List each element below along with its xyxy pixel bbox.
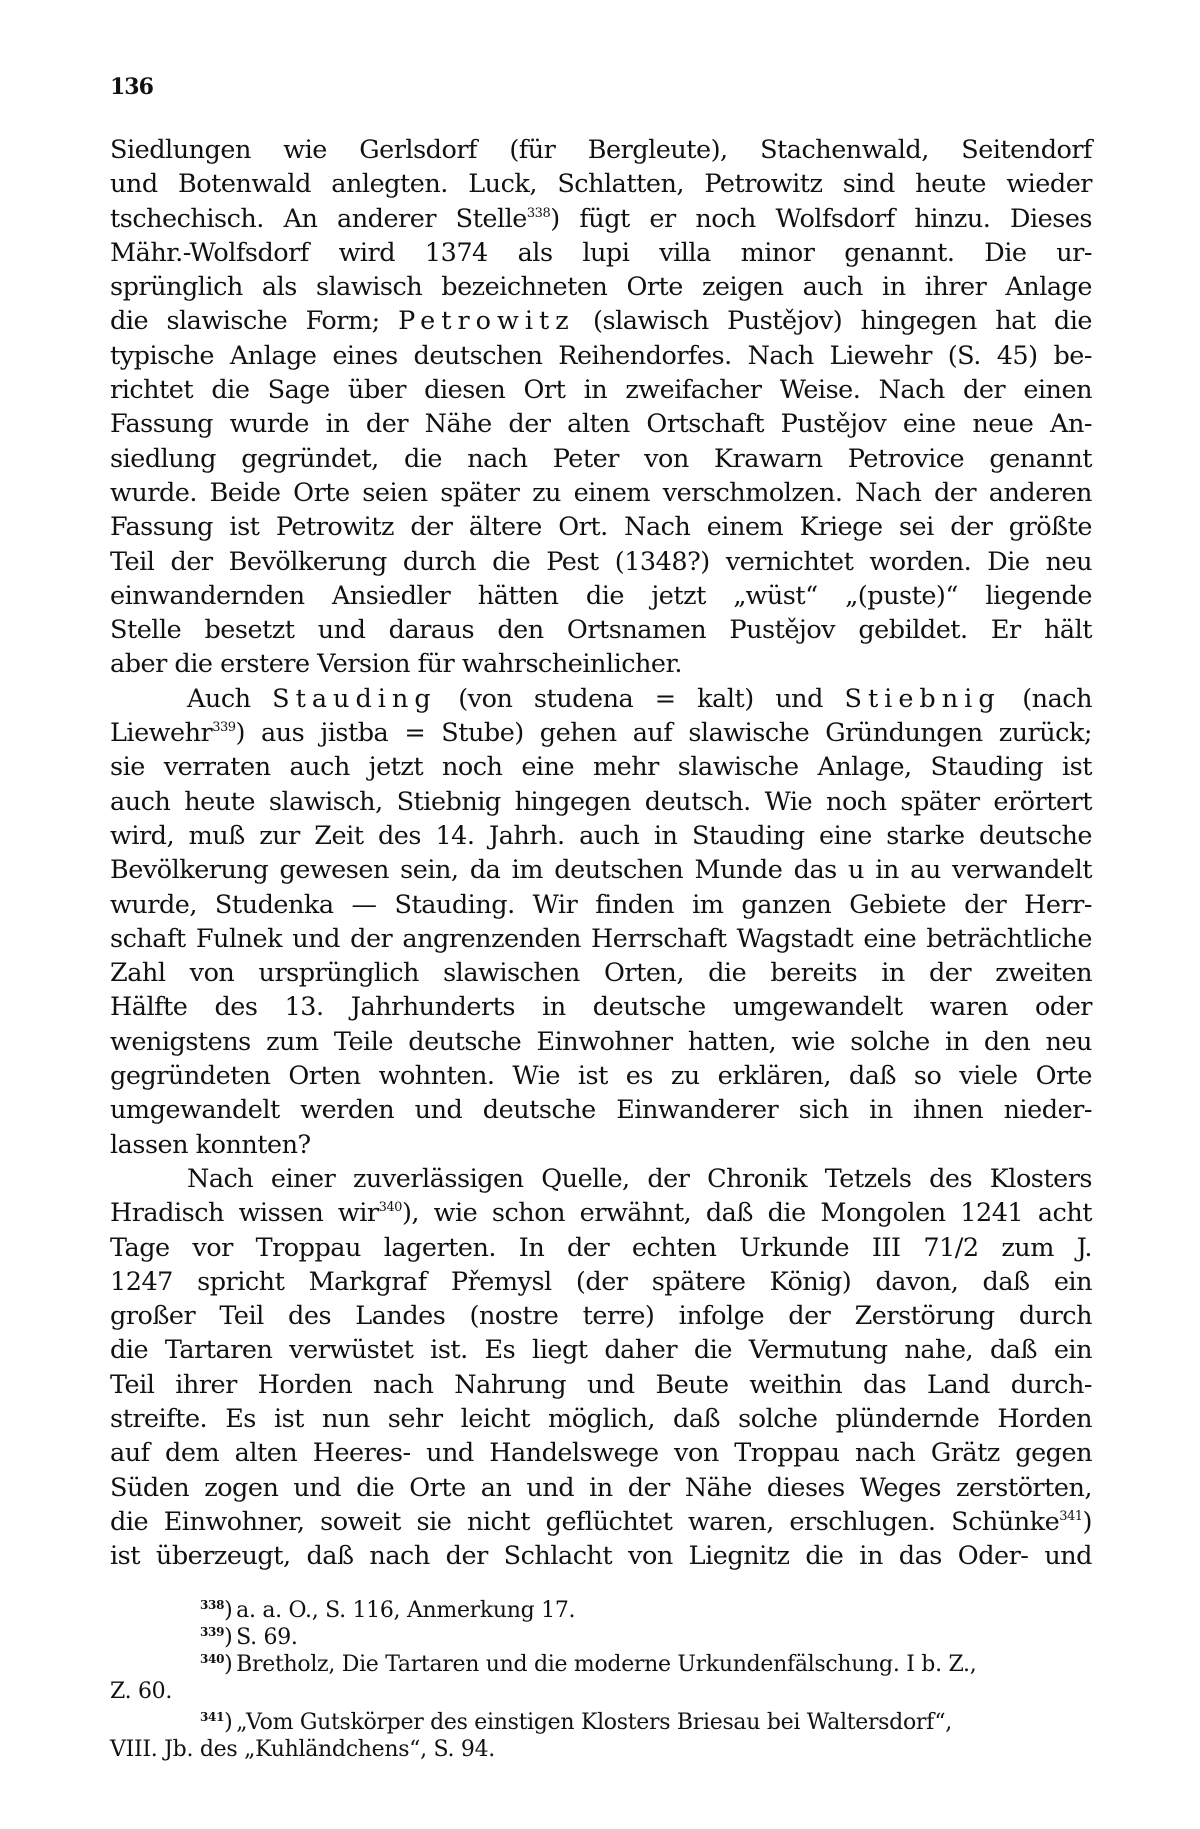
- text-run: Teil ihrer Horden nach Nahrung und Beute…: [110, 1370, 1092, 1400]
- footnote-continuation: VIII. Jb. des „Kuhländchens“, S. 94.: [110, 1737, 495, 1762]
- footnote-paren: ): [224, 1709, 236, 1736]
- text-run: Zahl von ursprünglich slawischen Orten, …: [110, 958, 1092, 988]
- footnote-continuation: Z. 60.: [110, 1679, 172, 1704]
- text-run: sprünglich als slawisch bezeichneten Ort…: [110, 272, 1092, 302]
- text-run: wird, muß zur Zeit des 14. Jahrh. auch i…: [110, 821, 1092, 851]
- footnote: VIII. Jb. des „Kuhländchens“, S. 94.: [110, 1736, 1092, 1763]
- spaced-emphasis: Petrowitz: [398, 306, 575, 336]
- text-line: wurde. Beide Orte seien später zu einem …: [110, 476, 1092, 510]
- text-line: Stelle besetzt und daraus den Ortsnamen …: [110, 613, 1092, 647]
- text-line: Teil der Bevölkerung durch die Pest (134…: [110, 545, 1092, 579]
- text-line: Süden zogen und die Orte an und in der N…: [110, 1471, 1092, 1505]
- text-run: (nach: [1001, 684, 1092, 714]
- text-run: sie verraten auch jetzt noch eine mehr s…: [110, 752, 1092, 782]
- text-run: Hälfte des 13. Jahrhunderts in deutsche …: [110, 992, 1092, 1022]
- text-line: tschechisch. An anderer Stelle338) fügt …: [110, 202, 1092, 236]
- text-run: einwandernden Ansiedler hätten die jetzt…: [110, 581, 1092, 611]
- text-run: 1247 spricht Markgraf Přemysl (der späte…: [110, 1267, 1092, 1297]
- text-run: gegründeten Orten wohnten. Wie ist es zu…: [110, 1061, 1092, 1091]
- footnote-ref: 341: [1059, 1509, 1082, 1524]
- text-run: wurde, Studenka — Stauding. Wir finden i…: [110, 890, 1092, 920]
- text-run: (von studena = kalt) und: [437, 684, 845, 714]
- footnote-paren: ): [224, 1651, 236, 1678]
- footnote-number: 341: [200, 1710, 224, 1724]
- text-line: sie verraten auch jetzt noch eine mehr s…: [110, 750, 1092, 784]
- text-line: Liewehr339) aus jistba = Stube) gehen au…: [110, 716, 1092, 750]
- text-run: (slawisch Pustějov) hingegen hat die: [575, 306, 1092, 336]
- text-run: die slawische Form;: [110, 306, 398, 336]
- text-run: Nach einer zuverlässigen Quelle, der Chr…: [187, 1164, 1092, 1194]
- text-line: auf dem alten Heeres- und Handelswege vo…: [110, 1436, 1092, 1470]
- spaced-emphasis: Stauding: [272, 684, 437, 714]
- text-line: wird, muß zur Zeit des 14. Jahrh. auch i…: [110, 819, 1092, 853]
- body-text: Siedlungen wie Gerlsdorf (für Bergleute)…: [110, 133, 1092, 1573]
- footnote: 340)Bretholz, Die Tartaren und die moder…: [110, 1651, 1092, 1678]
- footnote: Z. 60.: [110, 1678, 1092, 1705]
- text-line: siedlung gegründet, die nach Peter von K…: [110, 442, 1092, 476]
- spaced-emphasis: Stiebnig: [844, 684, 1000, 714]
- text-run: Auch: [187, 684, 272, 714]
- text-run: ): [1083, 1507, 1092, 1537]
- text-run: aber die erstere Version für wahrscheinl…: [110, 649, 682, 679]
- text-line: wenigstens zum Teile deutsche Einwohner …: [110, 1025, 1092, 1059]
- text-run: Siedlungen wie Gerlsdorf (für Bergleute)…: [110, 135, 1092, 165]
- text-line: Nach einer zuverlässigen Quelle, der Chr…: [110, 1162, 1092, 1196]
- text-line: Auch Stauding (von studena = kalt) und S…: [110, 682, 1092, 716]
- text-line: einwandernden Ansiedler hätten die jetzt…: [110, 579, 1092, 613]
- text-run: Tage vor Troppau lagerten. In der echten…: [110, 1233, 1092, 1263]
- text-line: typische Anlage eines deutschen Reihendo…: [110, 339, 1092, 373]
- text-line: Hälfte des 13. Jahrhunderts in deutsche …: [110, 990, 1092, 1024]
- text-line: Fassung ist Petrowitz der ältere Ort. Na…: [110, 510, 1092, 544]
- text-line: lassen konnten?: [110, 1128, 1092, 1162]
- footnote: 341)„Vom Gutskörper des einstigen Kloste…: [110, 1709, 1092, 1736]
- text-run: wurde. Beide Orte seien später zu einem …: [110, 478, 1092, 508]
- text-run: und Botenwald anlegten. Luck, Schlatten,…: [110, 169, 1092, 199]
- text-line: und Botenwald anlegten. Luck, Schlatten,…: [110, 167, 1092, 201]
- text-run: Süden zogen und die Orte an und in der N…: [110, 1473, 1092, 1503]
- text-run: auch heute slawisch, Stiebnig hingegen d…: [110, 787, 1092, 817]
- text-run: umgewandelt werden und deutsche Einwande…: [110, 1095, 1092, 1125]
- text-run: richtet die Sage über diesen Ort in zwei…: [110, 375, 1092, 405]
- text-line: schaft Fulnek und der angrenzenden Herrs…: [110, 922, 1092, 956]
- text-line: Zahl von ursprünglich slawischen Orten, …: [110, 956, 1092, 990]
- text-run: ist überzeugt, daß nach der Schlacht von…: [110, 1541, 1092, 1571]
- text-run: Fassung wurde in der Nähe der alten Orts…: [110, 409, 1092, 439]
- text-line: streifte. Es ist nun sehr leicht möglich…: [110, 1402, 1092, 1436]
- text-run: Teil der Bevölkerung durch die Pest (134…: [110, 547, 1092, 577]
- text-line: auch heute slawisch, Stiebnig hingegen d…: [110, 785, 1092, 819]
- text-line: Fassung wurde in der Nähe der alten Orts…: [110, 407, 1092, 441]
- text-line: Tage vor Troppau lagerten. In der echten…: [110, 1231, 1092, 1265]
- text-line: Hradisch wissen wir340), wie schon erwäh…: [110, 1196, 1092, 1230]
- footnotes: 338)a. a. O., S. 116, Anmerkung 17.339)S…: [110, 1597, 1092, 1763]
- text-line: 1247 spricht Markgraf Přemysl (der späte…: [110, 1265, 1092, 1299]
- footnote-text: S. 69.: [236, 1625, 297, 1650]
- text-run: Bevölkerung gewesen sein, da im deutsche…: [110, 855, 1092, 885]
- text-line: sprünglich als slawisch bezeichneten Ort…: [110, 270, 1092, 304]
- text-run: Liewehr: [110, 718, 212, 748]
- footnote-ref: 340: [379, 1200, 402, 1215]
- footnote-ref: 338: [527, 206, 550, 221]
- text-line: Mähr.-Wolfsdorf wird 1374 als lupi villa…: [110, 236, 1092, 270]
- text-run: schaft Fulnek und der angrenzenden Herrs…: [110, 924, 1092, 954]
- text-run: die Einwohner, soweit sie nicht geflücht…: [110, 1507, 1059, 1537]
- text-line: Bevölkerung gewesen sein, da im deutsche…: [110, 853, 1092, 887]
- footnote-text: Bretholz, Die Tartaren und die moderne U…: [236, 1652, 976, 1677]
- text-line: Teil ihrer Horden nach Nahrung und Beute…: [110, 1368, 1092, 1402]
- text-line: ist überzeugt, daß nach der Schlacht von…: [110, 1539, 1092, 1573]
- footnote-ref: 339: [212, 720, 235, 735]
- text-run: ) fügt er noch Wolfsdorf hinzu. Dieses: [550, 204, 1092, 234]
- text-run: auf dem alten Heeres- und Handelswege vo…: [110, 1438, 1092, 1468]
- text-run: lassen konnten?: [110, 1130, 311, 1160]
- text-line: aber die erstere Version für wahrscheinl…: [110, 647, 1092, 681]
- footnote-number: 339: [200, 1625, 224, 1639]
- footnote-text: a. a. O., S. 116, Anmerkung 17.: [236, 1598, 575, 1623]
- text-line: die Tartaren verwüstet ist. Es liegt dah…: [110, 1333, 1092, 1367]
- text-line: wurde, Studenka — Stauding. Wir finden i…: [110, 888, 1092, 922]
- footnote: 338)a. a. O., S. 116, Anmerkung 17.: [110, 1597, 1092, 1624]
- footnote-number: 340: [200, 1652, 224, 1666]
- text-line: richtet die Sage über diesen Ort in zwei…: [110, 373, 1092, 407]
- text-run: ) aus jistba = Stube) gehen auf slawisch…: [236, 718, 1092, 748]
- text-run: typische Anlage eines deutschen Reihendo…: [110, 341, 1092, 371]
- text-run: wenigstens zum Teile deutsche Einwohner …: [110, 1027, 1092, 1057]
- text-run: Stelle besetzt und daraus den Ortsnamen …: [110, 615, 1092, 645]
- page-number: 136: [110, 74, 153, 100]
- text-line: die slawische Form; Petrowitz (slawisch …: [110, 304, 1092, 338]
- text-run: Hradisch wissen wir: [110, 1198, 379, 1228]
- text-run: siedlung gegründet, die nach Peter von K…: [110, 444, 1092, 474]
- text-run: ), wie schon erwähnt, daß die Mongolen 1…: [402, 1198, 1092, 1228]
- text-line: umgewandelt werden und deutsche Einwande…: [110, 1093, 1092, 1127]
- text-line: gegründeten Orten wohnten. Wie ist es zu…: [110, 1059, 1092, 1093]
- footnote: 339)S. 69.: [110, 1624, 1092, 1651]
- footnote-text: „Vom Gutskörper des einstigen Klosters B…: [236, 1710, 952, 1735]
- footnote-number: 338: [200, 1598, 224, 1612]
- text-run: die Tartaren verwüstet ist. Es liegt dah…: [110, 1335, 1092, 1365]
- text-run: streifte. Es ist nun sehr leicht möglich…: [110, 1404, 1092, 1434]
- text-run: Mähr.-Wolfsdorf wird 1374 als lupi villa…: [110, 238, 1092, 268]
- text-run: großer Teil des Landes (nostre terre) in…: [110, 1301, 1092, 1331]
- text-run: tschechisch. An anderer Stelle: [110, 204, 527, 234]
- text-line: die Einwohner, soweit sie nicht geflücht…: [110, 1505, 1092, 1539]
- text-run: Fassung ist Petrowitz der ältere Ort. Na…: [110, 512, 1092, 542]
- text-line: großer Teil des Landes (nostre terre) in…: [110, 1299, 1092, 1333]
- footnote-paren: ): [224, 1597, 236, 1624]
- text-line: Siedlungen wie Gerlsdorf (für Bergleute)…: [110, 133, 1092, 167]
- footnote-paren: ): [224, 1624, 236, 1651]
